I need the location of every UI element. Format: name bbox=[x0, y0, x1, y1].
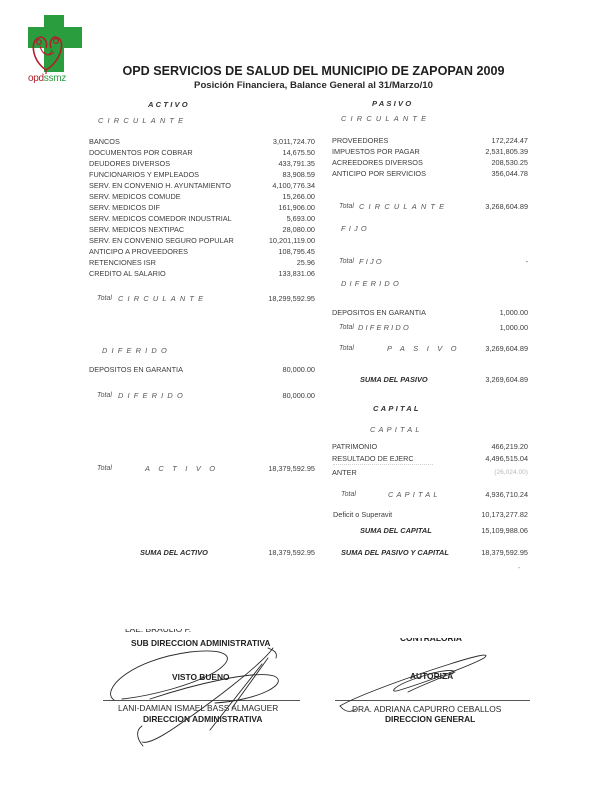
handwritten-signatures-icon bbox=[0, 0, 612, 792]
balance-sheet-page: opdssmz OPD SERVICIOS DE SALUD DEL MUNIC… bbox=[0, 0, 612, 792]
